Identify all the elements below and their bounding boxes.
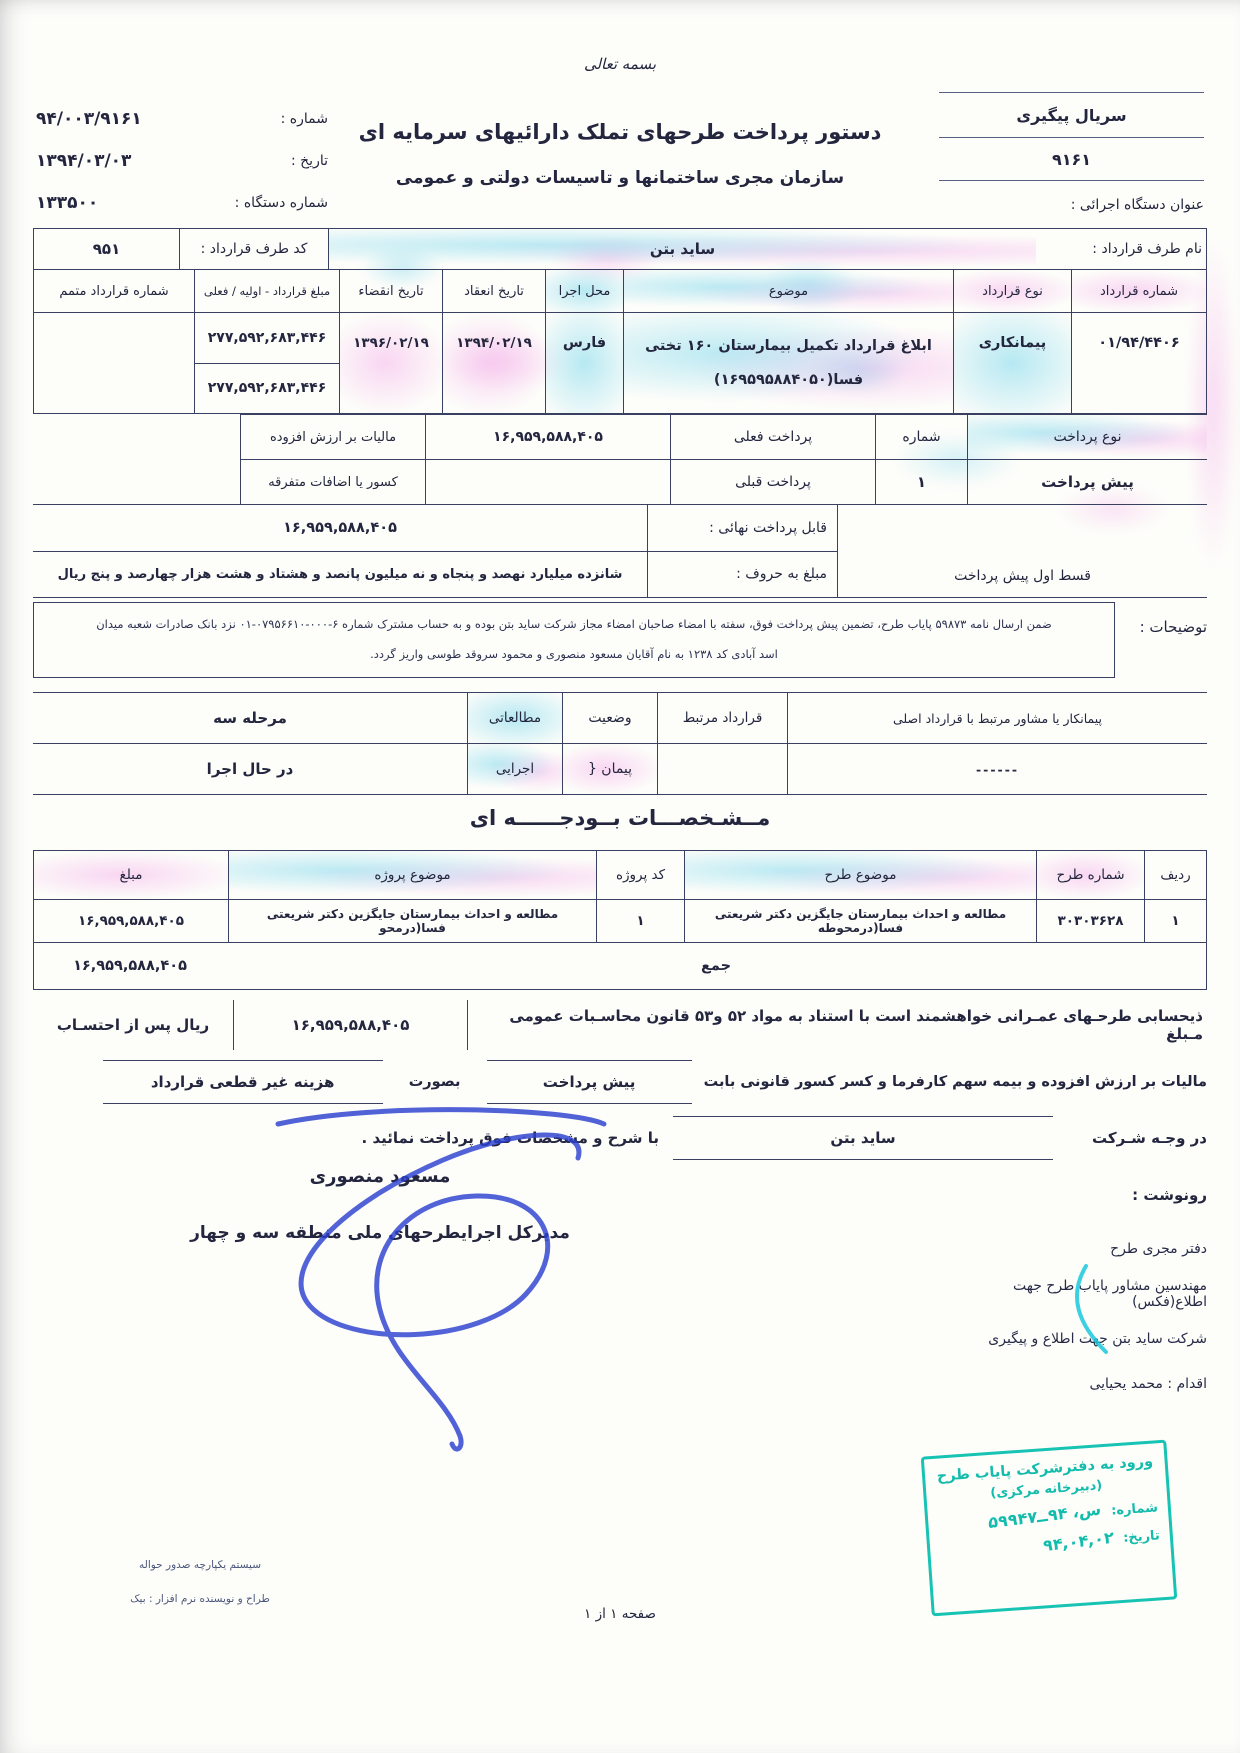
col-location: محل اجرا bbox=[545, 270, 623, 312]
payment-no-label: شماره bbox=[875, 415, 967, 459]
project-code-value: ۱ bbox=[596, 900, 684, 942]
study-option: مطالعاتی bbox=[467, 693, 562, 743]
payment-previous-label: پرداخت قبلی bbox=[670, 460, 875, 504]
signature-block: مسعود منصوری مدیرکل اجرایطرحهای ملی منطق… bbox=[150, 1166, 610, 1243]
plan-no-value: ۳۰۳۰۳۶۲۸ bbox=[1036, 900, 1144, 942]
doc-number-row: شماره : ۹۴/۰۰۳/۹۱۶۱ bbox=[36, 98, 328, 140]
payment-current-value: ۱۶,۹۵۹,۵۸۸,۴۰۵ bbox=[425, 415, 670, 459]
subject-line1: ابلاغ قرارداد تکمیل بیمارستان ۱۶۰ تختی bbox=[645, 329, 932, 363]
contract-party-row: نام طرف قرارداد : ساید بتن کد طرف قراردا… bbox=[34, 229, 1206, 270]
related-contract-empty bbox=[657, 744, 787, 794]
notes-section: توضیحات : ضمن ارسال نامه ۵۹۸۷۳ پایاب طرح… bbox=[33, 602, 1207, 678]
budget-total-row: جمع ۱۶,۹۵۹,۵۸۸,۴۰۵ bbox=[34, 943, 1206, 989]
organization-title: سازمان مجری ساختمانها و تاسیسات دولتی و … bbox=[300, 168, 940, 188]
col-expire-date: تاریخ انقضاء bbox=[339, 270, 442, 312]
notes-line2: اسد آبادی کد ۱۲۳۸ به نام آقایان مسعود من… bbox=[44, 639, 1104, 669]
payment-previous-empty bbox=[425, 460, 670, 504]
budget-section-title: مــشـخصـــات بــودجــــــه ای bbox=[0, 806, 1240, 830]
stamp-date-value: ۹۴,۰۴,۰۲ bbox=[1042, 1528, 1113, 1556]
bismillah-text: بسمه تعالی bbox=[0, 55, 1240, 73]
party-name-value: ساید بتن bbox=[329, 229, 1036, 269]
device-number-label: شماره دستگاه : bbox=[235, 195, 328, 211]
stamp-number-value: س، ۹۴ــ۵۹۹۴۷ bbox=[988, 1499, 1101, 1532]
tracking-serial-block: سریال پیگیری ۹۱۶۱ عنوان دستگاه اجرائی : bbox=[939, 92, 1204, 225]
status-word-top: وضعیت bbox=[562, 693, 657, 743]
budget-header-row: ردیف شماره طرح موضوع طرح کد پروژه موضوع … bbox=[34, 851, 1206, 900]
party-code-label: کد طرف قرارداد : bbox=[179, 229, 329, 269]
col-project-subject: موضوع پروژه bbox=[228, 851, 596, 899]
software-credit-line1: سیستم یکپارچه صدور حواله bbox=[70, 1548, 330, 1582]
payment-top-rows: نوع پرداخت شماره پرداخت فعلی ۱۶,۹۵۹,۵۸۸,… bbox=[240, 414, 1207, 504]
cc-item: اقدام : محمد یحیایی bbox=[847, 1361, 1207, 1406]
order-line2-text: مالیات بر ارزش افزوده و بیمه سهم کارفرما… bbox=[704, 1074, 1207, 1090]
payment-header-row: نوع پرداخت شماره پرداخت فعلی ۱۶,۹۵۹,۵۸۸,… bbox=[241, 415, 1207, 460]
col-subject: موضوع bbox=[623, 270, 953, 312]
plan-subject-value: مطالعه و احداث بیمارستان جایگزین دکتر شر… bbox=[684, 900, 1036, 942]
order-line3-tail: با شرح و مشخصات فوق پرداخت نمائید . bbox=[362, 1129, 659, 1147]
payment-table: نوع پرداخت شماره پرداخت فعلی ۱۶,۹۵۹,۵۸۸,… bbox=[33, 414, 1207, 598]
contract-table: نام طرف قرارداد : ساید بتن کد طرف قراردا… bbox=[33, 228, 1207, 414]
subject-line2: فسا(۱۶۹۵۹۵۸۸۴۰۵۰) bbox=[714, 363, 863, 397]
order-line-3: در وجـه شـرکت ساید بتن با شرح و مشخصات ف… bbox=[33, 1114, 1207, 1162]
col-amount: مبلغ قرارداد - اولیه / فعلی bbox=[194, 270, 339, 312]
signer-title: مدیرکل اجرایطرحهای ملی منطقه سه و چهار bbox=[150, 1223, 610, 1243]
col-contract-number: شماره قرارداد bbox=[1071, 270, 1206, 312]
payee-label: در وجـه شـرکت bbox=[1067, 1129, 1207, 1147]
progress-value: در حال اجرا bbox=[33, 744, 467, 794]
device-number-value: ۱۳۳۵۰۰ bbox=[36, 193, 98, 213]
tracking-serial-value: ۹۱۶۱ bbox=[939, 138, 1204, 181]
final-payable-row: قابل پرداخت نهائی : ۱۶,۹۵۹,۵۸۸,۴۰۵ bbox=[33, 505, 837, 552]
cc-label: رونوشت : bbox=[847, 1186, 1207, 1204]
order-line-1: ذیحسابی طرحـهای عمـرانی خواهشمند است با … bbox=[33, 1000, 1207, 1050]
final-payable-value: ۱۶,۹۵۹,۵۸۸,۴۰۵ bbox=[33, 505, 647, 551]
payment-value-row: پیش پرداخت ۱ پرداخت قبلی کسور یا اضافات … bbox=[241, 460, 1207, 504]
order-line1-tail: ریال پس از احتسـاب bbox=[33, 1016, 233, 1034]
agency-title-label: عنوان دستگاه اجرائی : bbox=[939, 181, 1204, 225]
document-titles: دستور پرداخت طرحهای تملک دارائیهای سرمای… bbox=[300, 120, 940, 188]
status-header-row: پیمانکار یا مشاور مرتبط با قرارداد اصلی … bbox=[33, 693, 1207, 744]
installment-label: قسط اول پیش پرداخت bbox=[837, 505, 1207, 597]
row-no-value: ۱ bbox=[1144, 900, 1206, 942]
contract-expire-date-value: ۱۳۹۶/۰۲/۱۹ bbox=[339, 313, 442, 413]
contract-amount-initial: ۲۷۷,۵۹۲,۶۸۳,۴۴۶ bbox=[195, 313, 339, 364]
notes-text: ضمن ارسال نامه ۵۹۸۷۳ پایاب طرح، تضمین پی… bbox=[33, 602, 1115, 678]
col-plan-no: شماره طرح bbox=[1036, 851, 1144, 899]
cc-item: دفتر مجری طرح bbox=[847, 1226, 1207, 1271]
main-title: دستور پرداخت طرحهای تملک دارائیهای سرمای… bbox=[300, 120, 940, 144]
payee-company-box: ساید بتن bbox=[673, 1116, 1053, 1160]
party-name-label: نام طرف قرارداد : bbox=[1036, 229, 1206, 269]
stamp-date-label: تاریخ: bbox=[1123, 1528, 1161, 1546]
contract-status-table: پیمانکار یا مشاور مرتبط با قرارداد اصلی … bbox=[33, 692, 1207, 795]
signer-name: مسعود منصوری bbox=[150, 1166, 610, 1187]
exec-option: اجرایی bbox=[467, 744, 562, 794]
contract-location-value: فارس bbox=[545, 313, 623, 413]
order-amount-box: ۱۶,۹۵۹,۵۸۸,۴۰۵ bbox=[233, 1000, 468, 1050]
status-value-row: ------ پیمان { اجرایی در حال اجرا bbox=[33, 744, 1207, 794]
doc-date-row: تاریخ : ۱۳۹۴/۰۳/۰۳ bbox=[36, 140, 328, 182]
payment-final-block: قابل پرداخت نهائی : ۱۶,۹۵۹,۵۸۸,۴۰۵ مبلغ … bbox=[33, 505, 837, 597]
contract-subject-value: ابلاغ قرارداد تکمیل بیمارستان ۱۶۰ تختی ف… bbox=[623, 313, 953, 413]
total-value: ۱۶,۹۵۹,۵۸۸,۴۰۵ bbox=[34, 943, 226, 989]
col-budget-amount: مبلغ bbox=[34, 851, 228, 899]
payment-no-value: ۱ bbox=[875, 460, 967, 504]
device-number-row: شماره دستگاه : ۱۳۳۵۰۰ bbox=[36, 182, 328, 224]
tracking-serial-label: سریال پیگیری bbox=[939, 92, 1204, 138]
entry-stamp: ورود به دفترشرکت پایاب طرح (دبیرخانه مرک… bbox=[921, 1440, 1178, 1617]
project-subject-value: مطالعه و احداث بیمارستان جایگزین دکتر شر… bbox=[228, 900, 596, 942]
cc-item: مهندسین مشاور پایاب طرح جهت اطلاع(فکس) bbox=[847, 1271, 1207, 1316]
col-supplement: شماره قرارداد متمم bbox=[34, 270, 194, 312]
supplement-contract-empty bbox=[34, 313, 194, 413]
cc-items: دفتر مجری طرح مهندسین مشاور پایاب طرح جه… bbox=[847, 1226, 1207, 1406]
contract-amounts: ۲۷۷,۵۹۲,۶۸۳,۴۴۶ ۲۷۷,۵۹۲,۶۸۳,۴۴۶ bbox=[194, 313, 339, 413]
contract-header-row: شماره قرارداد نوع قرارداد موضوع محل اجرا… bbox=[34, 270, 1206, 313]
order-line1-text: ذیحسابی طرحـهای عمـرانی خواهشمند است با … bbox=[468, 1007, 1207, 1043]
amount-words-label: مبلغ به حروف : bbox=[647, 552, 837, 598]
deductions-label: کسور یا اضافات متفرقه bbox=[241, 460, 425, 504]
budget-data-row: ۱ ۳۰۳۰۳۶۲۸ مطالعه و احداث بیمارستان جایگ… bbox=[34, 900, 1206, 943]
related-contract-label: قرارداد مرتبط bbox=[657, 693, 787, 743]
final-payable-label: قابل پرداخت نهائی : bbox=[647, 505, 837, 551]
document-meta-block: شماره : ۹۴/۰۰۳/۹۱۶۱ تاریخ : ۱۳۹۴/۰۳/۰۳ ش… bbox=[36, 98, 328, 224]
status-word-bottom: پیمان { bbox=[562, 744, 657, 794]
scanned-payment-order-document: بسمه تعالی شماره : ۹۴/۰۰۳/۹۱۶۱ تاریخ : ۱… bbox=[0, 0, 1240, 1753]
contract-type-value: پیمانکاری bbox=[953, 313, 1071, 413]
party-code-value: ۹۵۱ bbox=[34, 229, 179, 269]
contract-amount-current: ۲۷۷,۵۹۲,۶۸۳,۴۴۶ bbox=[195, 364, 339, 414]
total-label: جمع bbox=[226, 943, 1206, 989]
col-project-code: کد پروژه bbox=[596, 851, 684, 899]
budget-table: ردیف شماره طرح موضوع طرح کد پروژه موضوع … bbox=[33, 850, 1207, 990]
col-sign-date: تاریخ انعقاد bbox=[442, 270, 545, 312]
notes-label: توضیحات : bbox=[1115, 602, 1207, 678]
doc-number-value: ۹۴/۰۰۳/۹۱۶۱ bbox=[36, 109, 142, 129]
contract-sign-date-value: ۱۳۹۴/۰۲/۱۹ bbox=[442, 313, 545, 413]
payment-type-label: نوع پرداخت bbox=[967, 415, 1207, 459]
col-contract-type: نوع قرارداد bbox=[953, 270, 1071, 312]
order-line-2: مالیات بر ارزش افزوده و بیمه سهم کارفرما… bbox=[33, 1058, 1207, 1106]
stamp-number-row: شماره: س، ۹۴ــ۵۹۹۴۷ bbox=[938, 1498, 1159, 1532]
order-line2-mid: بصورت bbox=[395, 1074, 475, 1090]
expense-kind-box: هزینه غیر قطعی قرارداد bbox=[103, 1060, 383, 1104]
related-contractor-label: پیمانکار یا مشاور مرتبط با قرارداد اصلی bbox=[787, 693, 1207, 743]
amount-words-value: شانزده میلیارد نهصد و پنجاه و نه میلیون … bbox=[33, 552, 647, 598]
payment-current-label: پرداخت فعلی bbox=[670, 415, 875, 459]
stage-value: مرحله سه bbox=[33, 693, 467, 743]
related-contractor-value: ------ bbox=[787, 744, 1207, 794]
cc-item: شرکت ساید بتن جهت اطلاع و پیگیری bbox=[847, 1316, 1207, 1361]
col-row-no: ردیف bbox=[1144, 851, 1206, 899]
col-plan-subject: موضوع طرح bbox=[684, 851, 1036, 899]
doc-date-value: ۱۳۹۴/۰۳/۰۳ bbox=[36, 151, 131, 171]
contract-values-row: ۰۱/۹۴/۴۴۰۶ پیمانکاری ابلاغ قرارداد تکمیل… bbox=[34, 313, 1206, 413]
stamp-number-label: شماره: bbox=[1111, 1500, 1159, 1518]
stamp-date-row: تاریخ: ۹۴,۰۴,۰۲ bbox=[940, 1526, 1161, 1560]
notes-line1: ضمن ارسال نامه ۵۹۸۷۳ پایاب طرح، تضمین پی… bbox=[44, 609, 1104, 639]
contract-number-value: ۰۱/۹۴/۴۴۰۶ bbox=[1071, 313, 1206, 413]
cc-list: رونوشت : دفتر مجری طرح مهندسین مشاور پای… bbox=[847, 1186, 1207, 1406]
payment-type-value: پیش پرداخت bbox=[967, 460, 1207, 504]
amount-words-row: مبلغ به حروف : شانزده میلیارد نهصد و پنج… bbox=[33, 552, 837, 598]
budget-amount-value: ۱۶,۹۵۹,۵۸۸,۴۰۵ bbox=[34, 900, 228, 942]
vat-label: مالیات بر ارزش افزوده bbox=[241, 415, 425, 459]
payment-kind-box: پیش پرداخت bbox=[487, 1060, 692, 1104]
page-number: صفحه ۱ از ۱ bbox=[0, 1606, 1240, 1622]
payment-bottom-rows: قسط اول پیش پرداخت قابل پرداخت نهائی : ۱… bbox=[33, 504, 1207, 598]
